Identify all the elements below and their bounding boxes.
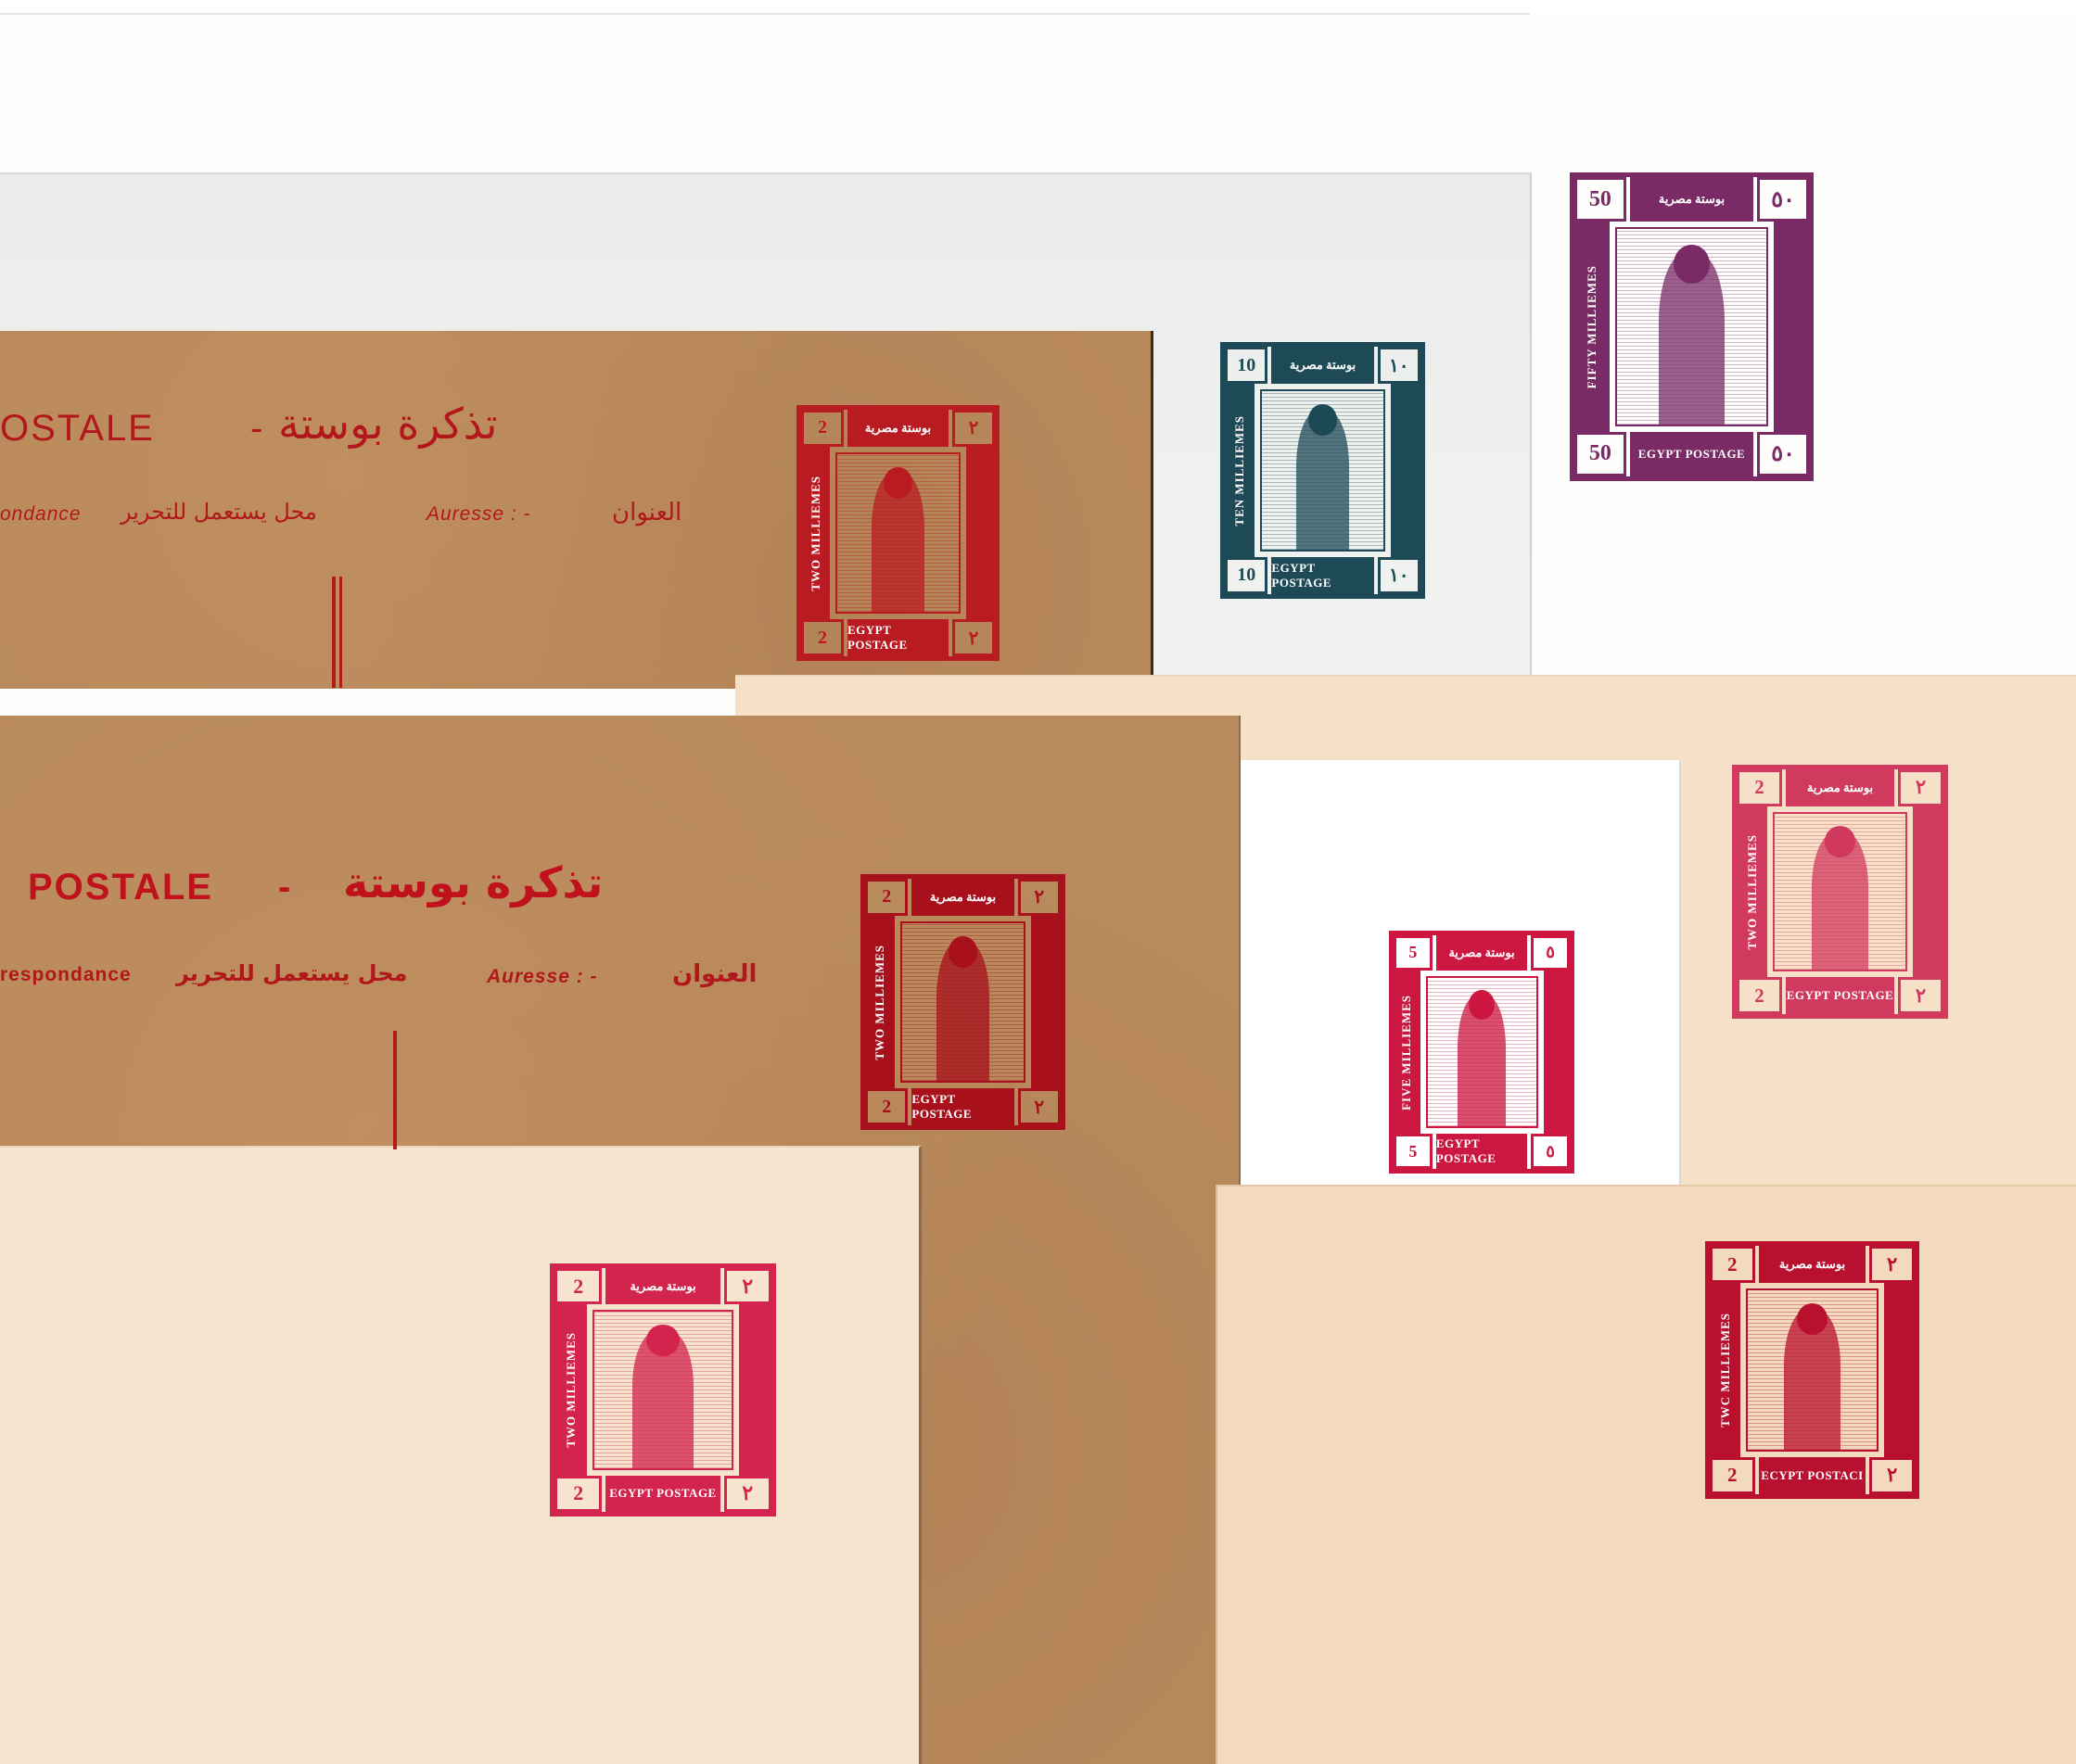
stamp-denomination-text: TWO MILLIEMES [1745, 834, 1760, 950]
stamp-value-arabic: ٢ [1018, 1088, 1061, 1125]
postcard1-divider-line-2 [339, 577, 342, 688]
stamp-value-arabic: ٢ [724, 1476, 771, 1512]
stamp-value-arabic: ٢ [952, 619, 995, 656]
stamp-value: 5 [1394, 935, 1433, 971]
stamp-value: 10 [1225, 347, 1267, 384]
stamp-value-arabic: ١٠ [1378, 557, 1420, 594]
stamp-top-arabic: بوستة مصرية [1807, 780, 1873, 795]
stamp-denomination-text: TWO MILLIEMES [809, 476, 823, 591]
postcard1-title-dash: - [250, 408, 264, 450]
stamp-value: 2 [1710, 1246, 1755, 1283]
postcard1-adresse: Auresse : - [427, 503, 531, 526]
stamp-value: 2 [554, 1268, 602, 1304]
stamp-denomination-text: TWO MILLIEMES [872, 945, 887, 1060]
postcard2-title-ar: تذكرة بوستة [343, 857, 603, 907]
cream-envelope-bottom-left [0, 1146, 922, 1764]
stamp-value-arabic: ٥٠ [1757, 177, 1809, 222]
postcard1-correspondance-ar: محل يستعمل للتحرير [121, 499, 317, 525]
stamp-vignette-citadel-mosque [1615, 227, 1768, 425]
stamp-value: 50 [1574, 432, 1626, 476]
postcard2-title-dash: - [278, 867, 292, 908]
stamp-value-arabic: ٢ [1018, 879, 1061, 916]
stamp-value: 5 [1394, 1134, 1433, 1169]
stamp-vignette-queen-tiye [1773, 812, 1906, 972]
stamp-value-arabic: ٢ [1898, 769, 1943, 806]
stamp-value: 2 [865, 879, 908, 916]
stamp-denomination-text: FIVE MILLIEMES [1399, 995, 1414, 1110]
stamp-value-arabic: ٥٠ [1757, 432, 1809, 476]
stamp-value: 2 [1737, 977, 1782, 1014]
stamp-two-b: 2 بوستة مصرية ٢ TWO MILLIEMES 2 EGYPT PO… [860, 874, 1065, 1130]
stamp-fifty: 50 بوستة مصرية ٥٠ FIFTY MILLIEMES 50 EGY… [1570, 172, 1814, 481]
stamp-vignette-queen-tiye [1746, 1288, 1879, 1452]
stamp-vignette-sphinx [1426, 976, 1538, 1128]
stamp-ten: 10 بوستة مصرية ١٠ TEN MILLIEMES 10 EGYPT… [1220, 342, 1425, 599]
stamp-value-arabic: ٢ [1869, 1246, 1915, 1283]
stamp-top-arabic: بوستة مصرية [865, 421, 931, 436]
stamp-denomination-text: TWC MILLIEMES [1718, 1313, 1733, 1428]
stamp-egypt-postage: EGYPT POSTAGE [847, 623, 949, 653]
stamp-denomination-text: TWO MILLIEMES [564, 1332, 579, 1448]
postcard2-correspondance-ar: محل يستعمل للتحرير [176, 960, 407, 986]
stamp-value-arabic: ٢ [952, 410, 995, 447]
stamp-value: 2 [1737, 769, 1782, 806]
stamp-value: 2 [865, 1088, 908, 1125]
stamp-vignette-queen-tiye [592, 1310, 733, 1469]
postcard1-title-fr: OSTALE [0, 408, 155, 450]
stamp-value-arabic: ٥ [1531, 935, 1570, 971]
stamp-denomination-text: FIFTY MILLIEMES [1585, 265, 1599, 388]
postcard2-adresse: Auresse : - [487, 966, 598, 988]
stamp-vignette-queen-tiye [835, 452, 960, 614]
stamp-top-arabic: بوستة مصرية [1448, 945, 1514, 960]
stamp-value: 50 [1574, 177, 1626, 222]
stamp-value-arabic: ١٠ [1378, 347, 1420, 384]
postcard1-correspondance: ondance [0, 503, 82, 526]
stamp-value-arabic: ٢ [1898, 977, 1943, 1014]
peach-envelope-bottom-right [1216, 1185, 2076, 1764]
stamp-egypt-postage: EGYPT POSTAGE [1638, 447, 1745, 462]
stamp-value: 2 [801, 410, 844, 447]
stamp-egypt-postage: ECYPT POSTACI [1761, 1468, 1863, 1483]
stamp-top-arabic: بوستة مصرية [1659, 192, 1725, 207]
postcard2-adresse-ar: العنوان [672, 960, 757, 988]
stamp-two-d: 2 بوستة مصرية ٢ TWO MILLIEMES 2 EGYPT PO… [550, 1263, 776, 1517]
stamp-value-arabic: ٥ [1531, 1134, 1570, 1169]
stamp-denomination-text: TEN MILLIEMES [1232, 415, 1247, 527]
stamp-value-arabic: ٢ [1869, 1457, 1915, 1494]
stamp-value: 10 [1225, 557, 1267, 594]
stamp-top-arabic: بوستة مصرية [1290, 358, 1356, 373]
postcard2-title-fr: POSTALE [28, 867, 213, 908]
stamp-top-arabic: بوستة مصرية [930, 890, 996, 905]
postcard1-divider-line [332, 577, 336, 688]
stamp-value-arabic: ٢ [724, 1268, 771, 1304]
stamp-value: 2 [1710, 1457, 1755, 1494]
stamp-two-e: 2 بوستة مصرية ٢ TWC MILLIEMES 2 ECYPT PO… [1705, 1241, 1919, 1499]
stamp-egypt-postage: EGYPT POSTAGE [1271, 561, 1373, 590]
stamp-value: 2 [554, 1476, 602, 1512]
stamp-two-a: 2 بوستة مصرية ٢ TWO MILLIEMES 2 EGYPT PO… [796, 405, 1000, 661]
stamp-value: 2 [801, 619, 844, 656]
stamp-egypt-postage: EGYPT POSTAGE [1787, 988, 1893, 1003]
stamp-egypt-postage: EGYPT POSTAGE [609, 1486, 716, 1501]
postcard2-divider-line [393, 1031, 397, 1149]
postcard1-adresse-ar: العنوان [612, 499, 681, 527]
stamp-five: 5 بوستة مصرية ٥ FIVE MILLIEMES 5 EGYPT P… [1389, 931, 1574, 1174]
stamp-vignette-queen-tiye [900, 921, 1026, 1083]
postcard2-correspondance: respondance [0, 964, 132, 986]
stamp-egypt-postage: EGYPT POSTAGE [1436, 1136, 1527, 1166]
stamp-vignette-colossi-of-memnon [1260, 389, 1386, 552]
stamp-top-arabic: بوستة مصرية [1779, 1257, 1845, 1272]
stamp-two-c: 2 بوستة مصرية ٢ TWO MILLIEMES 2 EGYPT PO… [1732, 765, 1948, 1019]
stamp-top-arabic: بوستة مصرية [630, 1279, 695, 1294]
postcard1-title-ar: تذكرة بوستة [278, 399, 498, 449]
stamp-egypt-postage: EGYPT POSTAGE [911, 1092, 1013, 1122]
